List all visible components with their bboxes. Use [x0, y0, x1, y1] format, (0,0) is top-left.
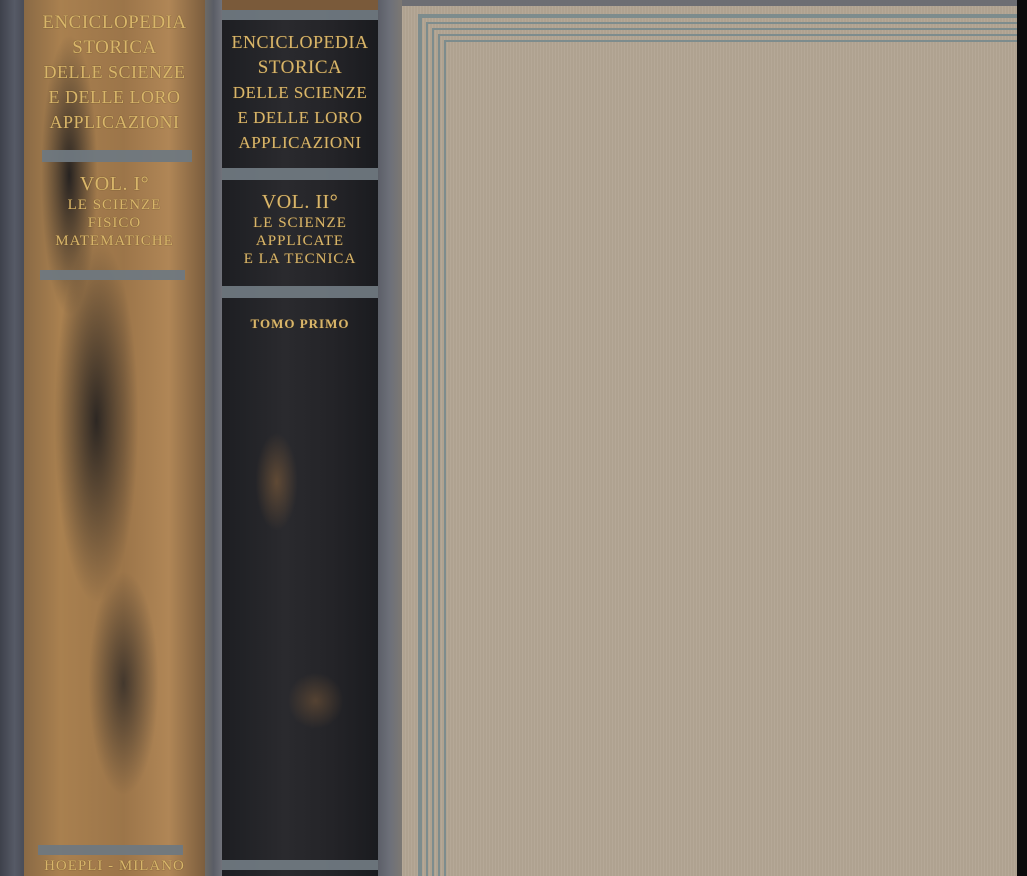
spine-1-title: ENCICLOPEDIA STORICA DELLE SCIENZE E DEL…: [24, 10, 205, 135]
spine-2-band-upper: [222, 168, 378, 180]
cover-top-edge: [402, 0, 1017, 6]
spine-2-title-line: APPLICAZIONI: [222, 130, 378, 155]
spine-2-title-line: ENCICLOPEDIA: [222, 30, 378, 55]
background-left: [0, 0, 24, 876]
cover-border-rule: [432, 28, 1017, 30]
spine-1-band-middle: [40, 270, 185, 280]
spine-1-band-top: [42, 150, 192, 162]
spine-1-publisher-block: HOEPLI - MILANO: [24, 857, 205, 875]
spine-1-title-line: ENCICLOPEDIA: [24, 10, 205, 35]
spine-2-band-middle: [222, 286, 378, 298]
spine-2-volume: VOL. II°: [222, 190, 378, 214]
cover-border-rule: [444, 40, 446, 876]
cover-border-rule: [438, 34, 1017, 36]
spine-2-band-top: [222, 10, 378, 20]
spine-1-band-bottom: [38, 845, 183, 855]
spine-2-tome-block: TOMO PRIMO: [222, 316, 378, 332]
cover-border-rule: [418, 14, 422, 876]
spine-1-publisher: HOEPLI - MILANO: [24, 857, 205, 875]
cover-border-rule: [426, 22, 428, 876]
book-front-cover: [402, 0, 1017, 876]
cover-border-rule: [432, 28, 434, 876]
spine-1-volume: VOL. I°: [24, 172, 205, 196]
spine-2-subtitle-line: E LA TECNICA: [222, 250, 378, 268]
spine-2-band-bottom: [222, 860, 378, 870]
spine-2-volume-block: VOL. II° LE SCIENZE APPLICATE E LA TECNI…: [222, 190, 378, 268]
cover-cloth-texture: [402, 0, 1017, 876]
cover-border-rule: [426, 22, 1017, 24]
spine-2-top-edge: [222, 0, 378, 10]
cover-border-rule: [418, 14, 1017, 18]
book-spine-volume-2: ENCICLOPEDIA STORICA DELLE SCIENZE E DEL…: [222, 0, 378, 876]
spine-2-title-line: STORICA: [222, 55, 378, 80]
background-right-edge: [1017, 0, 1027, 876]
cover-border-rule: [438, 34, 440, 876]
spine-2-title: ENCICLOPEDIA STORICA DELLE SCIENZE E DEL…: [222, 30, 378, 155]
spine-1-title-line: DELLE SCIENZE: [24, 60, 205, 85]
spine-1-volume-block: VOL. I° LE SCIENZE FISICO MATEMATICHE: [24, 172, 205, 250]
spine-2-title-line: DELLE SCIENZE: [222, 80, 378, 105]
gap-between-spines: [205, 0, 222, 876]
spine-2-subtitle-line: APPLICATE: [222, 232, 378, 250]
spine-2-tome: TOMO PRIMO: [222, 316, 378, 332]
spine-1-subtitle-line: LE SCIENZE: [24, 196, 205, 214]
book-spine-volume-1: ENCICLOPEDIA STORICA DELLE SCIENZE E DEL…: [24, 0, 205, 876]
spine-1-subtitle-line: MATEMATICHE: [24, 232, 205, 250]
spine-2-title-line: E DELLE LORO: [222, 105, 378, 130]
gap-before-cover: [378, 0, 402, 876]
spine-2-subtitle-line: LE SCIENZE: [222, 214, 378, 232]
spine-1-title-line: APPLICAZIONI: [24, 110, 205, 135]
spine-1-title-line: STORICA: [24, 35, 205, 60]
spine-1-subtitle-line: FISICO: [24, 214, 205, 232]
cover-border-rule: [444, 40, 1017, 42]
spine-1-title-line: E DELLE LORO: [24, 85, 205, 110]
